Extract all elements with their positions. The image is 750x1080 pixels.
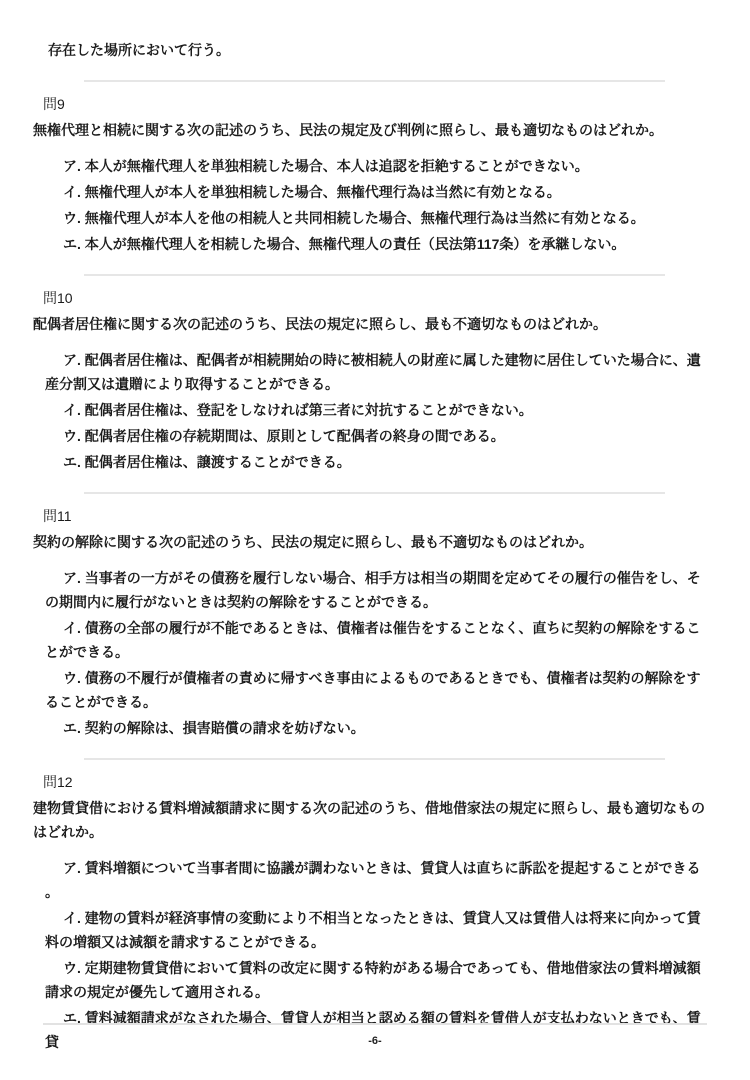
option-text: イ. 無権代理人が本人を単独相続した場合、無権代理行為は当然に有効となる。	[45, 180, 705, 204]
question-label: 問11	[43, 504, 705, 528]
question-block: 問11 契約の解除に関する次の記述のうち、民法の規定に照らし、最も不適切なものは…	[33, 492, 705, 740]
question-label: 問9	[43, 92, 705, 116]
option-text: イ. 配偶者居住権は、登記をしなければ第三者に対抗することができない。	[45, 398, 705, 422]
option-text: ウ. 定期建物賃貸借において賃料の改定に関する特約がある場合であっても、借地借家…	[45, 956, 705, 1004]
section-divider	[84, 758, 665, 760]
options-list: ア. 配偶者居住権は、配偶者が相続開始の時に被相続人の財産に属した建物に居住して…	[33, 348, 705, 474]
question-statement: 配偶者居住権に関する次の記述のうち、民法の規定に照らし、最も不適切なものはどれか…	[33, 312, 705, 336]
question-statement: 建物賃貸借における賃料増減額請求に関する次の記述のうち、借地借家法の規定に照らし…	[33, 796, 705, 844]
page-number: -6-	[0, 1032, 750, 1050]
footer-divider	[43, 1023, 707, 1025]
question-block: 問9 無権代理と相続に関する次の記述のうち、民法の規定及び判例に照らし、最も適切…	[33, 80, 705, 256]
question-label: 問12	[43, 770, 705, 794]
options-list: ア. 本人が無権代理人を単独相続した場合、本人は追認を拒絶することができない。イ…	[33, 154, 705, 256]
option-text: ア. 賃料増額について当事者間に協議が調わないときは、賃貸人は直ちに訴訟を提起す…	[45, 856, 705, 904]
option-text: ア. 本人が無権代理人を単独相続した場合、本人は追認を拒絶することができない。	[45, 154, 705, 178]
option-text: ア. 当事者の一方がその債務を履行しない場合、相手方は相当の期間を定めてその履行…	[45, 566, 705, 614]
question-block: 問12 建物賃貸借における賃料増減額請求に関する次の記述のうち、借地借家法の規定…	[33, 758, 705, 1054]
option-text: エ. 契約の解除は、損害賠償の請求を妨げない。	[45, 716, 705, 740]
continuation-text: 存在した場所において行う。	[48, 38, 705, 62]
question-label: 問10	[43, 286, 705, 310]
options-list: ア. 当事者の一方がその債務を履行しない場合、相手方は相当の期間を定めてその履行…	[33, 566, 705, 740]
section-divider	[84, 80, 665, 82]
questions-container: 問9 無権代理と相続に関する次の記述のうち、民法の規定及び判例に照らし、最も適切…	[33, 80, 705, 1054]
option-text: イ. 建物の賃料が経済事情の変動により不相当となったときは、賃貸人又は賃借人は将…	[45, 906, 705, 954]
option-text: エ. 本人が無権代理人を相続した場合、無権代理人の責任（民法第117条）を承継し…	[45, 232, 705, 256]
question-statement: 契約の解除に関する次の記述のうち、民法の規定に照らし、最も不適切なものはどれか。	[33, 530, 705, 554]
option-text: ウ. 無権代理人が本人を他の相続人と共同相続した場合、無権代理行為は当然に有効と…	[45, 206, 705, 230]
page-content: 存在した場所において行う。 問9 無権代理と相続に関する次の記述のうち、民法の規…	[33, 38, 705, 1054]
document-page: { "document": { "continuation_text": "存在…	[0, 0, 750, 1080]
option-text: ア. 配偶者居住権は、配偶者が相続開始の時に被相続人の財産に属した建物に居住して…	[45, 348, 705, 396]
option-text: イ. 債務の全部の履行が不能であるときは、債権者は催告をすることなく、直ちに契約…	[45, 616, 705, 664]
question-statement: 無権代理と相続に関する次の記述のうち、民法の規定及び判例に照らし、最も適切なもの…	[33, 118, 705, 142]
option-text: ウ. 配偶者居住権の存続期間は、原則として配偶者の終身の間である。	[45, 424, 705, 448]
option-text: エ. 配偶者居住権は、譲渡することができる。	[45, 450, 705, 474]
question-block: 問10 配偶者居住権に関する次の記述のうち、民法の規定に照らし、最も不適切なもの…	[33, 274, 705, 474]
section-divider	[84, 492, 665, 494]
option-text: ウ. 債務の不履行が債権者の責めに帰すべき事由によるものであるときでも、債権者は…	[45, 666, 705, 714]
section-divider	[84, 274, 665, 276]
